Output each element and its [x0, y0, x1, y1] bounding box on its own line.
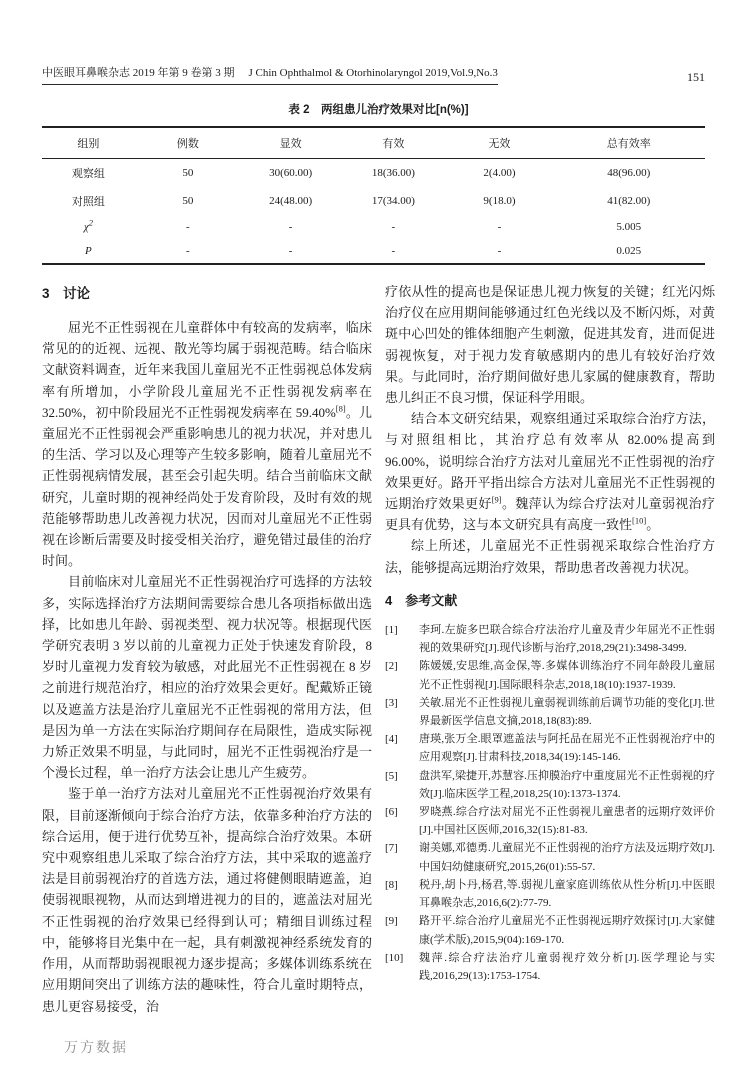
reference-label: [3] [385, 694, 419, 730]
table-row: 观察组5030(60.00)18(36.00)2(4.00)48(96.00) [42, 159, 705, 188]
reference-text: 罗晓燕.综合疗法对屈光不正性弱视儿童患者的远期疗效评价[J].中国社区医师,20… [419, 803, 715, 839]
table-column-header: 例数 [135, 127, 241, 159]
reference-text: 魏萍.综合疗法治疗儿童弱视疗效分析[J].医学理论与实践,2016,29(13)… [419, 949, 715, 985]
reference-text: 盘洪军,梁捷开,苏慧容.压抑膜治疗中重度屈光不正性弱视的疗效[J].临床医学工程… [419, 767, 715, 803]
running-head: 中医眼耳鼻喉杂志 2019 年第 9 卷第 3 期 J Chin Ophthal… [42, 64, 715, 85]
journal-title-en: J Chin Ophthalmol & Otorhinolaryngol 201… [249, 67, 498, 79]
reference-item: [7]谢美娜,邓德勇.儿童屈光不正性弱视的治疗方法及远期疗效[J].中国妇幼健康… [385, 839, 715, 875]
table-cell: - [241, 215, 340, 239]
running-head-title: 中医眼耳鼻喉杂志 2019 年第 9 卷第 3 期 J Chin Ophthal… [42, 64, 498, 85]
table-row: P----0.025 [42, 239, 705, 264]
table-cell: χ2 [42, 215, 135, 239]
discussion-left-paragraphs: 屈光不正性弱视在儿童群体中有较高的发病率，临床常见的的近视、远视、散光等均属于弱… [42, 317, 372, 1017]
results-table: 组别例数显效有效无效总有效率 观察组5030(60.00)18(36.00)2(… [42, 126, 705, 265]
reference-label: [10] [385, 949, 419, 985]
article-body: 3 讨论 屈光不正性弱视在儿童群体中有较高的发病率，临床常见的的近视、远视、散光… [42, 281, 715, 1017]
table-cell: 对照组 [42, 187, 135, 215]
reference-label: [4] [385, 730, 419, 766]
table-caption: 表 2 两组患儿治疗效果对比[n(%)] [42, 101, 715, 117]
table-cell: 48(96.00) [552, 159, 705, 188]
reference-item: [10]魏萍.综合疗法治疗儿童弱视疗效分析[J].医学理论与实践,2016,29… [385, 949, 715, 985]
reference-item: [1]李珂.左旋多巴联合综合疗法治疗儿童及青少年屈光不正性弱视的效果研究[J].… [385, 621, 715, 657]
table-cell: - [135, 239, 241, 264]
table-cell: 0.025 [552, 239, 705, 264]
discussion-right-paragraphs: 疗依从性的提高也是保证患儿视力恢复的关键；红光闪烁治疗仪在应用期间能够通过红色光… [385, 281, 715, 578]
table-cell: 50 [135, 159, 241, 188]
results-table-head: 组别例数显效有效无效总有效率 [42, 127, 705, 159]
table-cell: P [42, 239, 135, 264]
table-row: χ2----5.005 [42, 215, 705, 239]
reference-label: [5] [385, 767, 419, 803]
reference-label: [8] [385, 876, 419, 912]
reference-label: [2] [385, 657, 419, 693]
journal-title-cn: 中医眼耳鼻喉杂志 2019 年第 9 卷第 3 期 [42, 64, 235, 80]
body-paragraph: 目前临床对儿童屈光不正性弱视治疗可选择的方法较多，实际选择治疗方法期间需要综合患… [42, 571, 372, 783]
table-header-row: 组别例数显效有效无效总有效率 [42, 127, 705, 159]
results-table-body: 观察组5030(60.00)18(36.00)2(4.00)48(96.00)对… [42, 159, 705, 265]
table-cell: 观察组 [42, 159, 135, 188]
references-list: [1]李珂.左旋多巴联合综合疗法治疗儿童及青少年屈光不正性弱视的效果研究[J].… [385, 621, 715, 985]
table-column-header: 组别 [42, 127, 135, 159]
table-cell: 24(48.00) [241, 187, 340, 215]
reference-item: [8]税丹,胡卜丹,杨君,等.弱视儿童家庭训练依从性分析[J].中医眼耳鼻喉杂志… [385, 876, 715, 912]
table-cell: 50 [135, 187, 241, 215]
wanfang-watermark: 万方数据 [64, 1037, 128, 1057]
page-number: 151 [687, 70, 715, 85]
reference-text: 税丹,胡卜丹,杨君,等.弱视儿童家庭训练依从性分析[J].中医眼耳鼻喉杂志,20… [419, 876, 715, 912]
reference-label: [1] [385, 621, 419, 657]
table-column-header: 显效 [241, 127, 340, 159]
table-cell: 17(34.00) [340, 187, 446, 215]
table-row: 对照组5024(48.00)17(34.00)9(18.0)41(82.00) [42, 187, 705, 215]
reference-label: [7] [385, 839, 419, 875]
table-cell: - [241, 239, 340, 264]
right-column: 疗依从性的提高也是保证患儿视力恢复的关键；红光闪烁治疗仪在应用期间能够通过红色光… [385, 281, 715, 1017]
table-cell: 9(18.0) [446, 187, 552, 215]
reference-item: [5]盘洪军,梁捷开,苏慧容.压抑膜治疗中重度屈光不正性弱视的疗效[J].临床医… [385, 767, 715, 803]
table-cell: 18(36.00) [340, 159, 446, 188]
references-heading: 4 参考文献 [385, 590, 715, 611]
body-paragraph: 疗依从性的提高也是保证患儿视力恢复的关键；红光闪烁治疗仪在应用期间能够通过红色光… [385, 281, 715, 408]
table-column-header: 有效 [340, 127, 446, 159]
body-paragraph: 屈光不正性弱视在儿童群体中有较高的发病率，临床常见的的近视、远视、散光等均属于弱… [42, 317, 372, 571]
table-cell: - [340, 215, 446, 239]
table-cell: - [446, 215, 552, 239]
table-cell: - [135, 215, 241, 239]
reference-text: 谢美娜,邓德勇.儿童屈光不正性弱视的治疗方法及远期疗效[J].中国妇幼健康研究,… [419, 839, 715, 875]
reference-item: [3]关敏.屈光不正性弱视儿童弱视训练前后调节功能的变化[J].世界最新医学信息… [385, 694, 715, 730]
table-cell: - [446, 239, 552, 264]
reference-item: [4]唐瑛,张万全.眼罩遮盖法与阿托品在屈光不正性弱视治疗中的应用观察[J].甘… [385, 730, 715, 766]
table-cell: 30(60.00) [241, 159, 340, 188]
reference-text: 唐瑛,张万全.眼罩遮盖法与阿托品在屈光不正性弱视治疗中的应用观察[J].甘肃科技… [419, 730, 715, 766]
journal-page: 中医眼耳鼻喉杂志 2019 年第 9 卷第 3 期 J Chin Ophthal… [0, 0, 747, 1017]
table-column-header: 总有效率 [552, 127, 705, 159]
reference-label: [6] [385, 803, 419, 839]
reference-item: [9]路开平.综合治疗儿童屈光不正性弱视远期疗效探讨[J].大家健康(学术版),… [385, 912, 715, 948]
reference-text: 关敏.屈光不正性弱视儿童弱视训练前后调节功能的变化[J].世界最新医学信息文摘,… [419, 694, 715, 730]
body-paragraph: 鉴于单一治疗方法对儿童屈光不正性弱视治疗效果有限，目前逐渐倾向于综合治疗方法，依… [42, 783, 372, 1016]
body-paragraph: 综上所述，儿童屈光不正性弱视采取综合性治疗方法，能够提高远期治疗效果，帮助患者改… [385, 535, 715, 577]
table-cell: - [340, 239, 446, 264]
reference-text: 李珂.左旋多巴联合综合疗法治疗儿童及青少年屈光不正性弱视的效果研究[J].现代诊… [419, 621, 715, 657]
reference-text: 陈媛媛,安思维,高金保,等.多媒体训练治疗不同年龄段儿童屈光不正性弱视[J].国… [419, 657, 715, 693]
table-column-header: 无效 [446, 127, 552, 159]
table-cell: 41(82.00) [552, 187, 705, 215]
reference-label: [9] [385, 912, 419, 948]
discussion-heading: 3 讨论 [42, 285, 372, 303]
body-paragraph: 结合本文研究结果，观察组通过采取综合治疗方法，与对照组相比，其治疗总有效率从 8… [385, 408, 715, 535]
table-cell: 2(4.00) [446, 159, 552, 188]
reference-item: [6]罗晓燕.综合疗法对屈光不正性弱视儿童患者的远期疗效评价[J].中国社区医师… [385, 803, 715, 839]
reference-text: 路开平.综合治疗儿童屈光不正性弱视远期疗效探讨[J].大家健康(学术版),201… [419, 912, 715, 948]
table-cell: 5.005 [552, 215, 705, 239]
reference-item: [2]陈媛媛,安思维,高金保,等.多媒体训练治疗不同年龄段儿童屈光不正性弱视[J… [385, 657, 715, 693]
left-column: 3 讨论 屈光不正性弱视在儿童群体中有较高的发病率，临床常见的的近视、远视、散光… [42, 281, 372, 1017]
